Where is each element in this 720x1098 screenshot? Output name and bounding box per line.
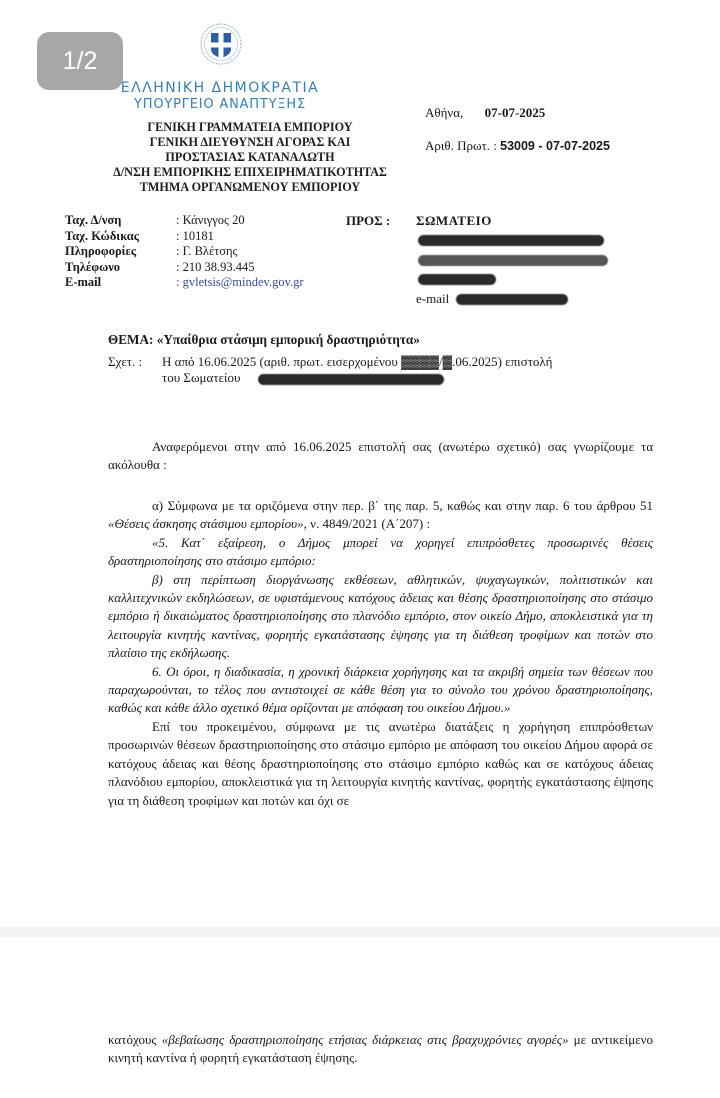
contact-value: : 10181 — [176, 229, 214, 245]
reference-line-2: του Σωματείου — [162, 370, 240, 386]
conclusion-paragraph: Επί του προκειμένου, σύμφωνα με τις ανωτ… — [108, 718, 653, 810]
recipient-label: ΠΡΟΣ : — [346, 213, 416, 229]
contact-key: E-mail — [65, 275, 176, 291]
point-a-law: , ν. 4849/2021 (Α΄207) : — [304, 516, 430, 531]
point-a-paragraph: α) Σύμφωνα με τα οριζόμενα στην περ. β΄ … — [108, 497, 653, 534]
certificate-name: «βεβαίωσης δραστηριοποίησης ετήσιας διάρ… — [162, 1032, 569, 1047]
recipient-name: ΣΩΜΑΤΕΙΟ — [416, 213, 492, 229]
department-line: Δ/ΝΣΗ ΕΜΠΟΡΙΚΗΣ ΕΠΙΧΕΙΡΗΜΑΤΙΚΟΤΗΤΑΣ — [60, 165, 440, 180]
department-line: ΠΡΟΣΤΑΣΙΑΣ ΚΑΤΑΝΑΛΩΤΗ — [60, 150, 440, 165]
redacted-recipient-line — [418, 235, 604, 246]
department-line: ΓΕΝΙΚΗ ΔΙΕΥΘΥΝΣΗ ΑΓΟΡΑΣ ΚΑΙ — [60, 135, 440, 150]
protocol-label: Αριθ. Πρωτ. : — [425, 138, 497, 153]
article-title: «Θέσεις άσκησης στάσιμου εμπορίου» — [108, 516, 304, 531]
page-2-text: κατόχους — [108, 1032, 162, 1047]
document-meta: Αθήνα, 07-07-2025 Αριθ. Πρωτ. : 53009 - … — [425, 105, 610, 171]
department-line: ΓΕΝΙΚΗ ΓΡΑΜΜΑΤΕΙΑ ΕΜΠΟΡΙΟΥ — [60, 120, 440, 135]
contact-row-phone: Τηλέφωνο : 210 38.93.445 — [65, 260, 304, 276]
redacted-address-line — [418, 255, 608, 266]
contact-key: Πληροφορίες — [65, 244, 176, 260]
contact-value: : Γ. Βλέτσης — [176, 244, 237, 260]
redacted-email — [456, 294, 568, 305]
department-hierarchy: ΓΕΝΙΚΗ ΓΡΑΜΜΑΤΕΙΑ ΕΜΠΟΡΙΟΥ ΓΕΝΙΚΗ ΔΙΕΥΘΥ… — [60, 120, 440, 195]
republic-title: ΕΛΛΗΝΙΚΗ ΔΗΜΟΚΡΑΤΙΑ — [110, 80, 330, 96]
quote-paragraph-5: «5. Κατ΄ εξαίρεση, ο Δήμος μπορεί να χορ… — [108, 534, 653, 571]
contact-key: Ταχ. Κώδικας — [65, 229, 176, 245]
reference-line-1: Η από 16.06.2025 (αριθ. πρωτ. εισερχομέν… — [162, 354, 552, 370]
contact-key: Ταχ. Δ/νση — [65, 213, 176, 229]
protocol-number: 53009 - 07-07-2025 — [500, 139, 610, 153]
ministry-title: ΥΠΟΥΡΓΕΙΟ ΑΝΑΠΤΥΞΗΣ — [110, 97, 330, 112]
subject-line: ΘΕΜΑ: «Υπαίθρια στάσιμη εμπορική δραστηρ… — [108, 332, 420, 348]
contact-row-postcode: Ταχ. Κώδικας : 10181 — [65, 229, 304, 245]
place-label: Αθήνα, — [425, 105, 463, 120]
point-a-text: α) Σύμφωνα με τα οριζόμενα στην περ. β΄ … — [152, 498, 653, 513]
quote-paragraph-6: 6. Οι όροι, η διαδικασία, η χρονική διάρ… — [108, 663, 653, 718]
department-line: ΤΜΗΜΑ ΟΡΓΑΝΩΜΕΝΟΥ ΕΜΠΟΡΙΟΥ — [60, 180, 440, 195]
contact-row-info: Πληροφορίες : Γ. Βλέτσης — [65, 244, 304, 260]
contact-email-link[interactable]: : gvletsis@mindev.gov.gr — [176, 275, 304, 291]
contact-row-email: E-mail : gvletsis@mindev.gov.gr — [65, 275, 304, 291]
letter-body: Αναφερόμενοι στην από 16.06.2025 επιστολ… — [108, 438, 653, 475]
intro-paragraph: Αναφερόμενοι στην από 16.06.2025 επιστολ… — [108, 438, 653, 475]
reference-label: Σχετ. : — [108, 354, 142, 370]
letter-body-legal: α) Σύμφωνα με τα οριζόμενα στην περ. β΄ … — [108, 497, 653, 810]
subject-text: «Υπαίθρια στάσιμη εμπορική δραστηριότητα… — [157, 332, 420, 347]
redacted-association-name — [258, 374, 444, 385]
page-2-body: κατόχους «βεβαίωσης δραστηριοποίησης ετή… — [108, 1031, 653, 1068]
contact-value: : 210 38.93.445 — [176, 260, 254, 276]
subject-label: ΘΕΜΑ: — [108, 332, 153, 347]
contact-info: Ταχ. Δ/νση : Κάνιγγος 20 Ταχ. Κώδικας : … — [65, 213, 304, 291]
contact-value: : Κάνιγγος 20 — [176, 213, 245, 229]
redacted-city-line — [418, 274, 496, 285]
document-date: 07-07-2025 — [485, 105, 546, 120]
page-separator — [0, 927, 720, 937]
page-2-paragraph: κατόχους «βεβαίωσης δραστηριοποίησης ετή… — [108, 1031, 653, 1068]
quote-paragraph-5b: β) στη περίπτωση διοργάνωσης εκθέσεων, α… — [108, 571, 653, 663]
contact-row-address: Ταχ. Δ/νση : Κάνιγγος 20 — [65, 213, 304, 229]
recipient-email-label: e-mail — [416, 291, 449, 307]
greek-coat-of-arms-icon — [199, 22, 243, 66]
contact-key: Τηλέφωνο — [65, 260, 176, 276]
